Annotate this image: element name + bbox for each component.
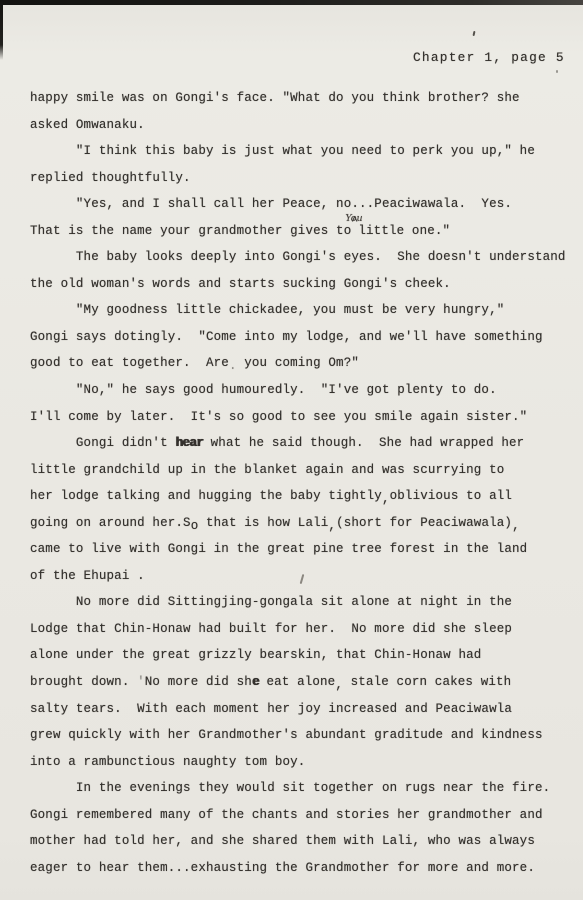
text-segment: . — [229, 359, 237, 373]
text-segment: eat alone — [259, 675, 336, 689]
text-line: the old woman's words and starts sucking… — [30, 271, 578, 298]
text-line: The baby looks deeply into Gongi's eyes.… — [30, 244, 578, 271]
text-segment: hear — [175, 436, 203, 450]
handwritten-insertion: ^You — [351, 233, 358, 234]
text-line: Gongi says dotingly. "Come into my lodge… — [30, 324, 578, 351]
text-line: "I think this baby is just what you need… — [30, 138, 578, 165]
text-segment: little one." — [358, 224, 450, 238]
text-segment: Gongi remembered many of the chants and … — [30, 808, 543, 822]
text-segment: "My goodness little chickadee, you must … — [30, 303, 504, 317]
text-line: "No," he says good humouredly. "I've got… — [30, 377, 578, 404]
text-segment: , — [328, 519, 336, 533]
text-segment: happy smile was on Gongi's face. "What d… — [30, 91, 520, 105]
text-line: "My goodness little chickadee, you must … — [30, 297, 578, 324]
text-segment: brought down. — [30, 675, 137, 689]
text-segment: (short for Peaciwawala) — [336, 516, 512, 530]
text-line: of the Ehupai . — [30, 563, 578, 590]
text-segment: o — [191, 519, 199, 533]
text-segment: salty tears. With each moment her joy in… — [30, 702, 512, 716]
text-segment: "I think this baby is just what you need… — [30, 144, 535, 158]
text-segment: In the evenings they would sit together … — [30, 781, 550, 795]
text-line: good to eat together. Are. you coming Om… — [30, 350, 578, 377]
text-line: I'll come by later. It's so good to see … — [30, 404, 578, 431]
text-segment: into a rambunctious naughty tom boy. — [30, 755, 305, 769]
text-segment: That is the name your grandmother gives … — [30, 224, 351, 238]
text-segment: replied thoughtfully. — [30, 171, 191, 185]
text-segment: what he said though. She had wrapped her — [203, 436, 524, 450]
scan-edge-top — [0, 0, 583, 5]
text-segment: oblivious to all — [390, 489, 512, 503]
document-body: happy smile was on Gongi's face. "What d… — [30, 85, 578, 881]
text-segment: came to live with Gongi in the great pin… — [30, 542, 527, 556]
ink-speck — [556, 70, 558, 73]
text-line: That is the name your grandmother gives … — [30, 218, 578, 245]
text-segment: grew quickly with her Grandmother's abun… — [30, 728, 543, 742]
text-line: grew quickly with her Grandmother's abun… — [30, 722, 578, 749]
text-line: into a rambunctious naughty tom boy. — [30, 749, 578, 776]
text-line: her lodge talking and hugging the baby t… — [30, 483, 578, 510]
text-segment: good to eat together. Are — [30, 356, 229, 370]
text-segment: ' — [137, 675, 145, 689]
text-segment: that is how Lali — [198, 516, 328, 530]
text-segment: alone under the great grizzly bearskin, … — [30, 648, 481, 662]
text-line: No more did Sittingjing-gongala sit alon… — [30, 589, 578, 616]
scan-edge-left — [0, 0, 3, 60]
text-segment: e — [252, 675, 259, 689]
text-segment: , — [382, 492, 390, 506]
text-segment: No more did sh — [145, 675, 252, 689]
text-line: came to live with Gongi in the great pin… — [30, 536, 578, 563]
text-segment: asked Omwanaku. — [30, 118, 145, 132]
ink-speck — [473, 31, 476, 36]
text-segment: , — [335, 678, 343, 692]
text-line: going on around her.So that is how Lali,… — [30, 510, 578, 537]
text-line: brought down. 'No more did she eat alone… — [30, 669, 578, 696]
insertion-text: You — [345, 206, 362, 233]
text-segment: No more did Sittingjing-gongala sit alon… — [30, 595, 512, 609]
page-header: Chapter 1, page 5 — [413, 50, 565, 65]
text-line: happy smile was on Gongi's face. "What d… — [30, 85, 578, 112]
text-segment: Gongi didn't — [30, 436, 175, 450]
text-segment: of the Ehupai . — [30, 569, 145, 583]
text-line: little grandchild up in the blanket agai… — [30, 457, 578, 484]
text-segment: little grandchild up in the blanket agai… — [30, 463, 504, 477]
text-line: Gongi remembered many of the chants and … — [30, 802, 578, 829]
text-segment: stale corn cakes with — [343, 675, 511, 689]
text-line: mother had told her, and she shared them… — [30, 828, 578, 855]
text-segment: "Yes, and I shall call her Peace, no...P… — [30, 197, 512, 211]
text-segment: you coming Om?" — [237, 356, 359, 370]
text-segment: mother had told her, and she shared them… — [30, 834, 535, 848]
text-line: salty tears. With each moment her joy in… — [30, 696, 578, 723]
text-line: Lodge that Chin-Honaw had built for her.… — [30, 616, 578, 643]
text-line: eager to hear them...exhausting the Gran… — [30, 855, 578, 882]
text-line: "Yes, and I shall call her Peace, no...P… — [30, 191, 578, 218]
text-segment: the old woman's words and starts sucking… — [30, 277, 451, 291]
text-segment: I'll come by later. It's so good to see … — [30, 410, 527, 424]
manuscript-page: Chapter 1, page 5 happy smile was on Gon… — [0, 0, 583, 900]
text-segment: The baby looks deeply into Gongi's eyes.… — [30, 250, 566, 264]
text-line: asked Omwanaku. — [30, 112, 578, 139]
text-segment: going on around her.S — [30, 516, 191, 530]
text-line: alone under the great grizzly bearskin, … — [30, 642, 578, 669]
text-segment: "No," he says good humouredly. "I've got… — [30, 383, 497, 397]
text-segment: Lodge that Chin-Honaw had built for her.… — [30, 622, 512, 636]
text-line: replied thoughtfully. — [30, 165, 578, 192]
text-line: Gongi didn't hear what he said though. S… — [30, 430, 578, 457]
text-segment: eager to hear them...exhausting the Gran… — [30, 861, 535, 875]
text-segment: , — [512, 519, 520, 533]
text-line: In the evenings they would sit together … — [30, 775, 578, 802]
text-segment: her lodge talking and hugging the baby t… — [30, 489, 382, 503]
text-segment: Gongi says dotingly. "Come into my lodge… — [30, 330, 543, 344]
